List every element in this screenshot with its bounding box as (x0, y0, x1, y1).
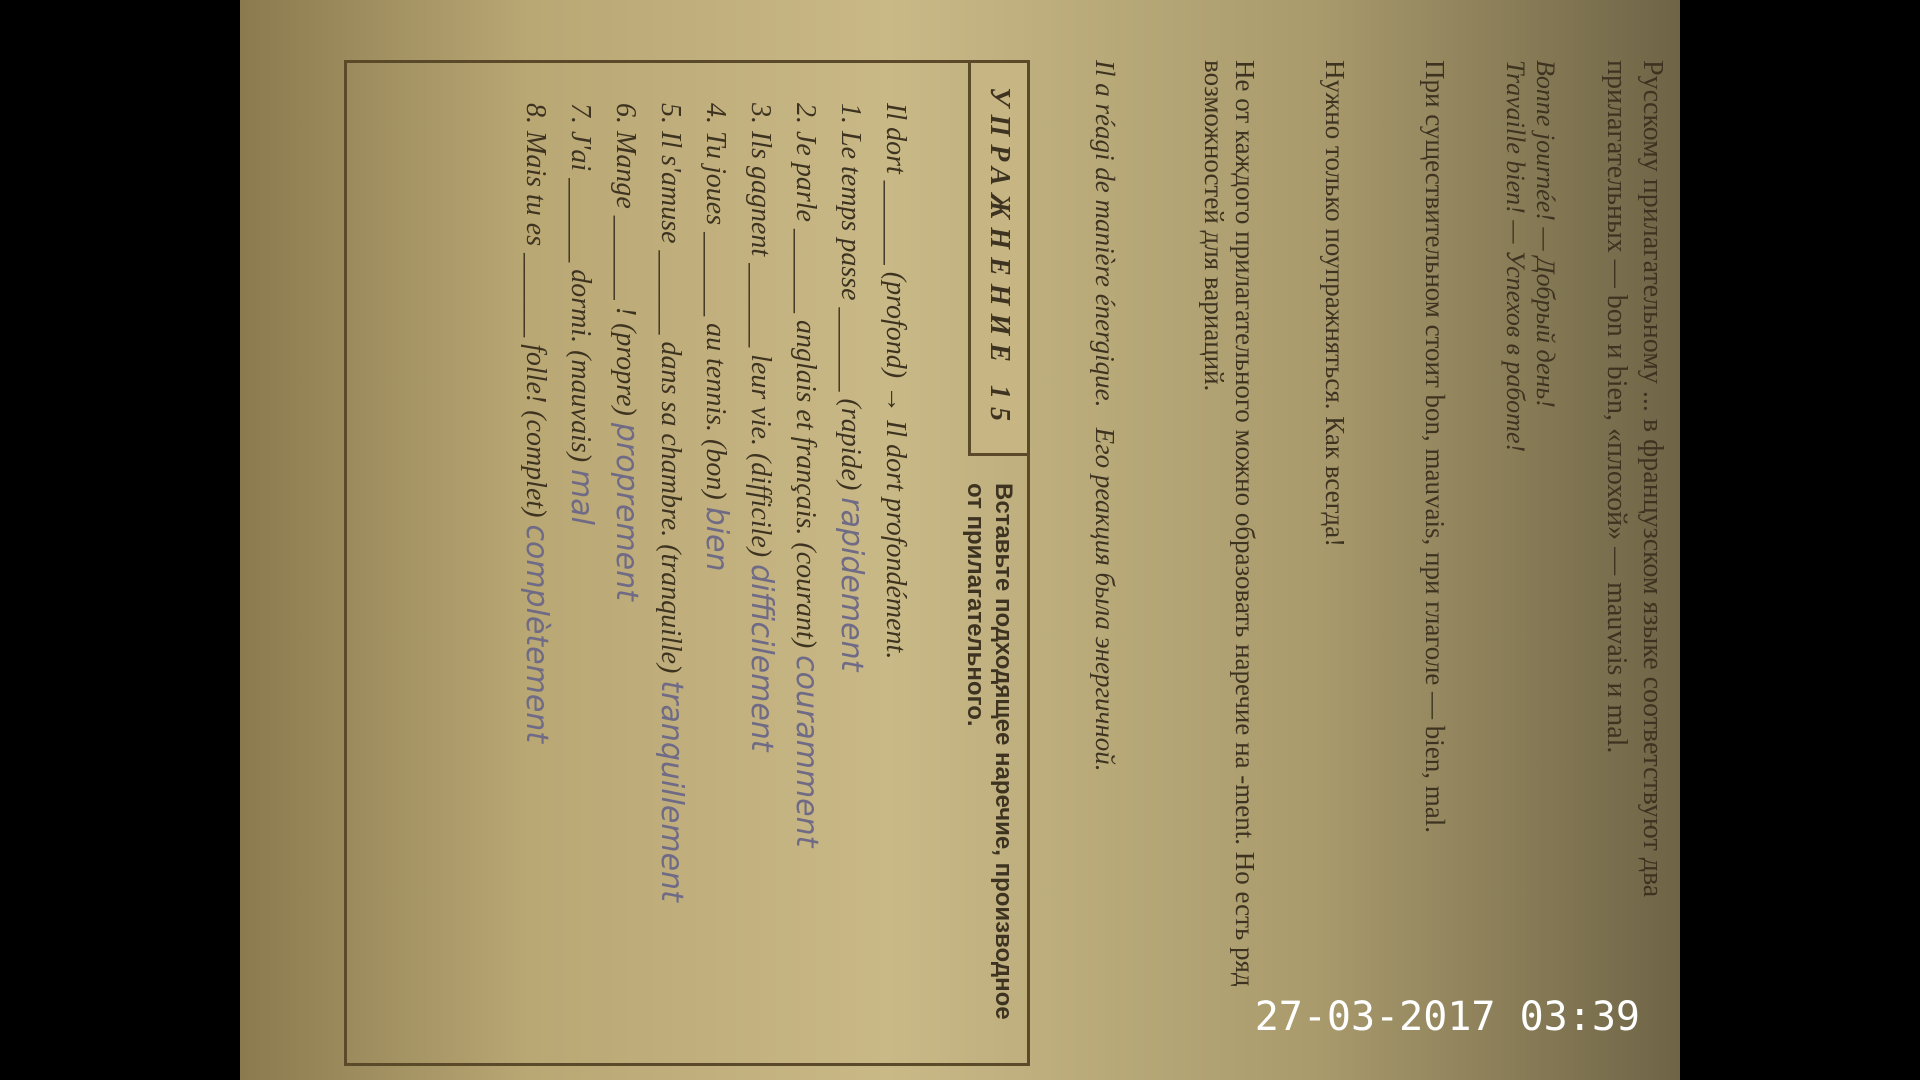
exercise-instruction: Вставьте подходящее наречие, производное… (961, 483, 1017, 1043)
phrase-fr: Travaille bien! (1501, 60, 1530, 214)
photo-timestamp: 27-03-2017 03:39 (1255, 994, 1640, 1040)
example-fr: Il a réagi de manière énergique. (1090, 60, 1120, 407)
example-sentence: Il a réagi de manière énergique. Его реа… (1089, 60, 1120, 1040)
exercise-line: 8. Mais tu es ______ folle! (complet) co… (513, 103, 558, 902)
handwritten-answer: rapidement (834, 497, 869, 671)
exercise-line: 6. Mange ______ ! (propre) proprement (603, 103, 648, 902)
handwritten-answer: mal (564, 469, 599, 525)
exercise-title: УПРАЖНЕНИЕ 15 (968, 60, 1030, 456)
phrase-fr: Bonne journée! (1531, 60, 1560, 221)
exercise-line: 2. Je parle ______ anglais et français. … (783, 103, 828, 902)
note-text: Не от каждого прилагательного можно обра… (1198, 60, 1260, 1040)
textbook-photo: Русскому прилагательному ... в французск… (240, 0, 1680, 1080)
handwritten-answer: difficilement (744, 564, 779, 751)
textbook-page: Русскому прилагательному ... в французск… (240, 0, 1680, 1080)
exercise-line: 7. J'ai ______ dormi. (mauvais) mal (558, 103, 603, 902)
example-ru: Его реакция была энергичной. (1090, 428, 1120, 772)
exercise-line: 3. Ils gagnent ______ leur vie. (diffici… (738, 103, 783, 902)
exercise-box: УПРАЖНЕНИЕ 15 Вставьте подходящее наречи… (344, 60, 1030, 1066)
exercise-sample: Il dort ______ (profond) → Il dort profo… (873, 103, 917, 902)
handwritten-answer: bien (699, 507, 734, 572)
phrase-examples: Bonne journée! — Добрый день! Travaille … (1500, 60, 1560, 1040)
exercise-line: 5. Il s'amuse ______ dans sa chambre. (t… (648, 103, 693, 902)
handwritten-answer: proprement (609, 423, 644, 601)
phrase-ru: Добрый день! (1531, 257, 1560, 408)
practice-text: Нужно только поупражняться. Как всегда! (1319, 60, 1350, 1040)
handwritten-answer: complètement (519, 524, 554, 743)
handwritten-answer: tranquillement (654, 680, 689, 901)
handwritten-answer: couramment (789, 655, 824, 847)
intro-text: Русскому прилагательному ... в французск… (1598, 60, 1670, 1040)
exercise-lines: Il dort ______ (profond) → Il dort profo… (513, 103, 917, 902)
exercise-line: 4. Tu joues ______ au tennis. (bon) bien (693, 103, 738, 902)
phrase-ru: Успехов в работе! (1501, 250, 1530, 452)
rule-text: При существительном стоит bon, mauvais, … (1419, 60, 1450, 1040)
exercise-line: 1. Le temps passe ______ (rapide) rapide… (828, 103, 873, 902)
